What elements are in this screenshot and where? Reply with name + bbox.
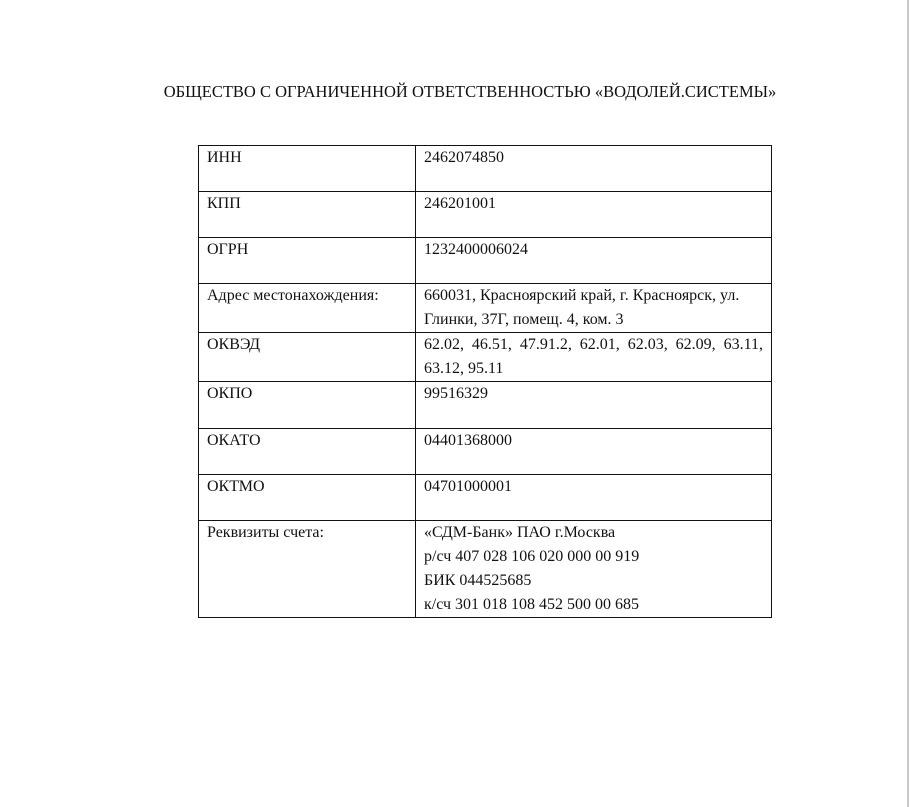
row-label: Реквизиты счета: <box>199 521 416 618</box>
row-label: ИНН <box>199 146 416 192</box>
row-label: ОКПО <box>199 382 416 429</box>
page-edge-divider <box>907 0 909 807</box>
row-value: 246201001 <box>416 192 772 238</box>
row-label: ОКАТО <box>199 429 416 475</box>
document-title: ОБЩЕСТВО С ОГРАНИЧЕННОЙ ОТВЕТСТВЕННОСТЬЮ… <box>0 82 910 102</box>
table-row-kpp: КПП 246201001 <box>199 192 772 238</box>
bank-name-line: «СДМ-Банк» ПАО г.Москва <box>424 521 763 545</box>
table-row-oktmo: ОКТМО 04701000001 <box>199 475 772 521</box>
row-label: Адрес местонахождения: <box>199 284 416 333</box>
table-row-okpo: ОКПО 99516329 <box>199 382 772 429</box>
row-value: 04701000001 <box>416 475 772 521</box>
correspondent-account-line: к/сч 301 018 108 452 500 00 685 <box>424 593 763 617</box>
row-value: «СДМ-Банк» ПАО г.Москва р/сч 407 028 106… <box>416 521 772 618</box>
row-value: 62.02, 46.51, 47.91.2, 62.01, 62.03, 62.… <box>416 333 772 382</box>
table-row-okved: ОКВЭД 62.02, 46.51, 47.91.2, 62.01, 62.0… <box>199 333 772 382</box>
row-value: 04401368000 <box>416 429 772 475</box>
row-label: ОГРН <box>199 238 416 284</box>
table-row-inn: ИНН 2462074850 <box>199 146 772 192</box>
row-value: 99516329 <box>416 382 772 429</box>
company-requisites-table: ИНН 2462074850 КПП 246201001 ОГРН 123240… <box>198 145 772 618</box>
row-value: 660031, Красноярский край, г. Красноярск… <box>416 284 772 333</box>
row-label: ОКВЭД <box>199 333 416 382</box>
table-row-ogrn: ОГРН 1232400006024 <box>199 238 772 284</box>
row-value: 1232400006024 <box>416 238 772 284</box>
row-value: 2462074850 <box>416 146 772 192</box>
table-row-okato: ОКАТО 04401368000 <box>199 429 772 475</box>
row-label: ОКТМО <box>199 475 416 521</box>
settlement-account-line: р/сч 407 028 106 020 000 00 919 <box>424 545 763 569</box>
table-row-bank-details: Реквизиты счета: «СДМ-Банк» ПАО г.Москва… <box>199 521 772 618</box>
row-label: КПП <box>199 192 416 238</box>
bik-line: БИК 044525685 <box>424 569 763 593</box>
table-row-address: Адрес местонахождения: 660031, Красноярс… <box>199 284 772 333</box>
